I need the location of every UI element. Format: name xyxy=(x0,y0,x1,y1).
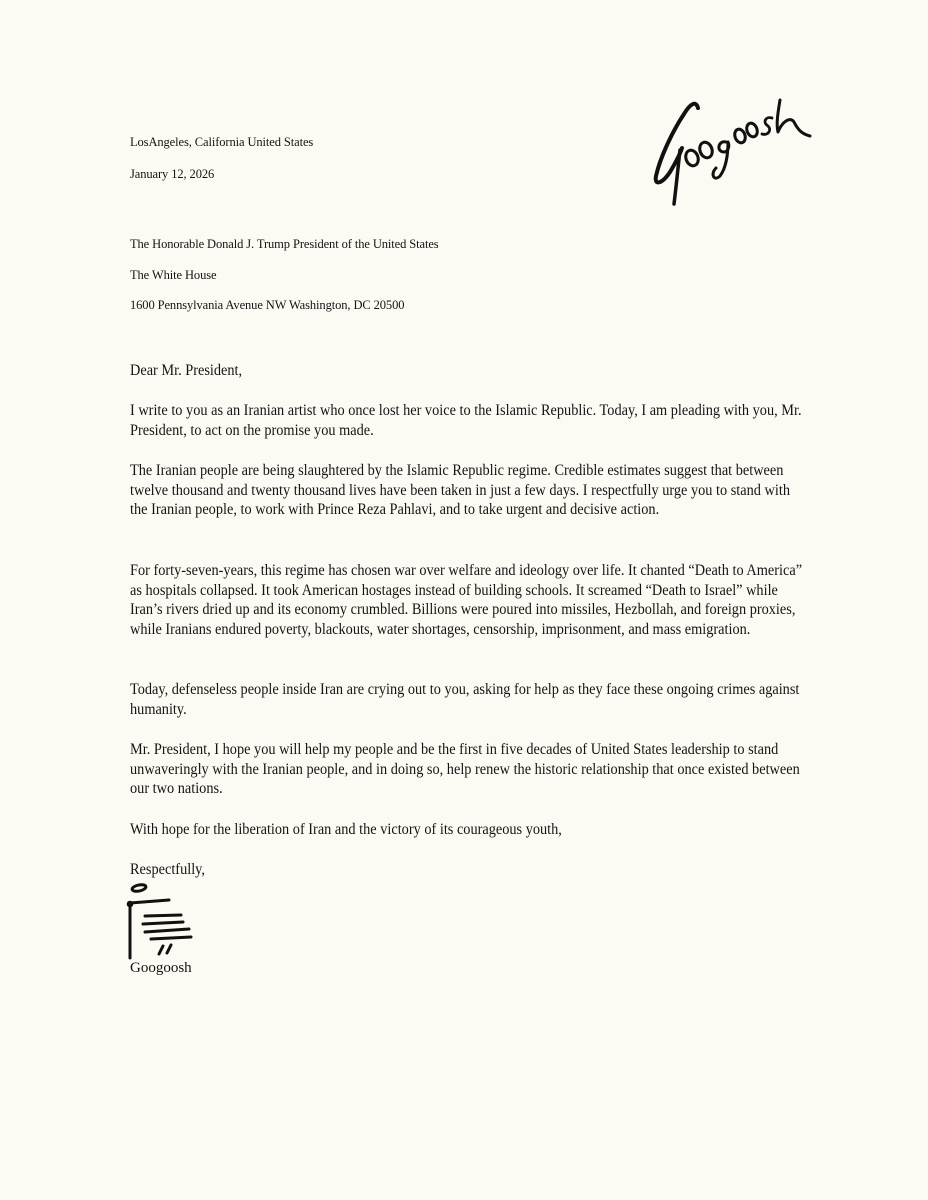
recipient-name: The Honorable Donald J. Trump President … xyxy=(130,237,439,252)
sender-location: LosAngeles, California United States xyxy=(130,135,313,150)
letter-page: LosAngeles, California United States Jan… xyxy=(0,0,928,1200)
signer-name: Googoosh xyxy=(130,960,192,977)
paragraph-2: The Iranian people are being slaughtered… xyxy=(130,461,810,520)
persian-signature-icon xyxy=(125,882,205,962)
paragraph-4: Today, defenseless people inside Iran ar… xyxy=(130,680,810,719)
closing: Respectfully, xyxy=(130,860,810,880)
recipient-address: 1600 Pennsylvania Avenue NW Washington, … xyxy=(130,298,404,313)
paragraph-5: Mr. President, I hope you will help my p… xyxy=(130,740,810,799)
salutation: Dear Mr. President, xyxy=(130,361,810,381)
letter-date: January 12, 2026 xyxy=(130,167,214,182)
paragraph-3: For forty-seven-years, this regime has c… xyxy=(130,561,810,639)
recipient-office: The White House xyxy=(130,268,216,283)
paragraph-1: I write to you as an Iranian artist who … xyxy=(130,401,810,440)
handwritten-signature-icon xyxy=(640,88,820,218)
paragraph-6: With hope for the liberation of Iran and… xyxy=(130,820,810,840)
